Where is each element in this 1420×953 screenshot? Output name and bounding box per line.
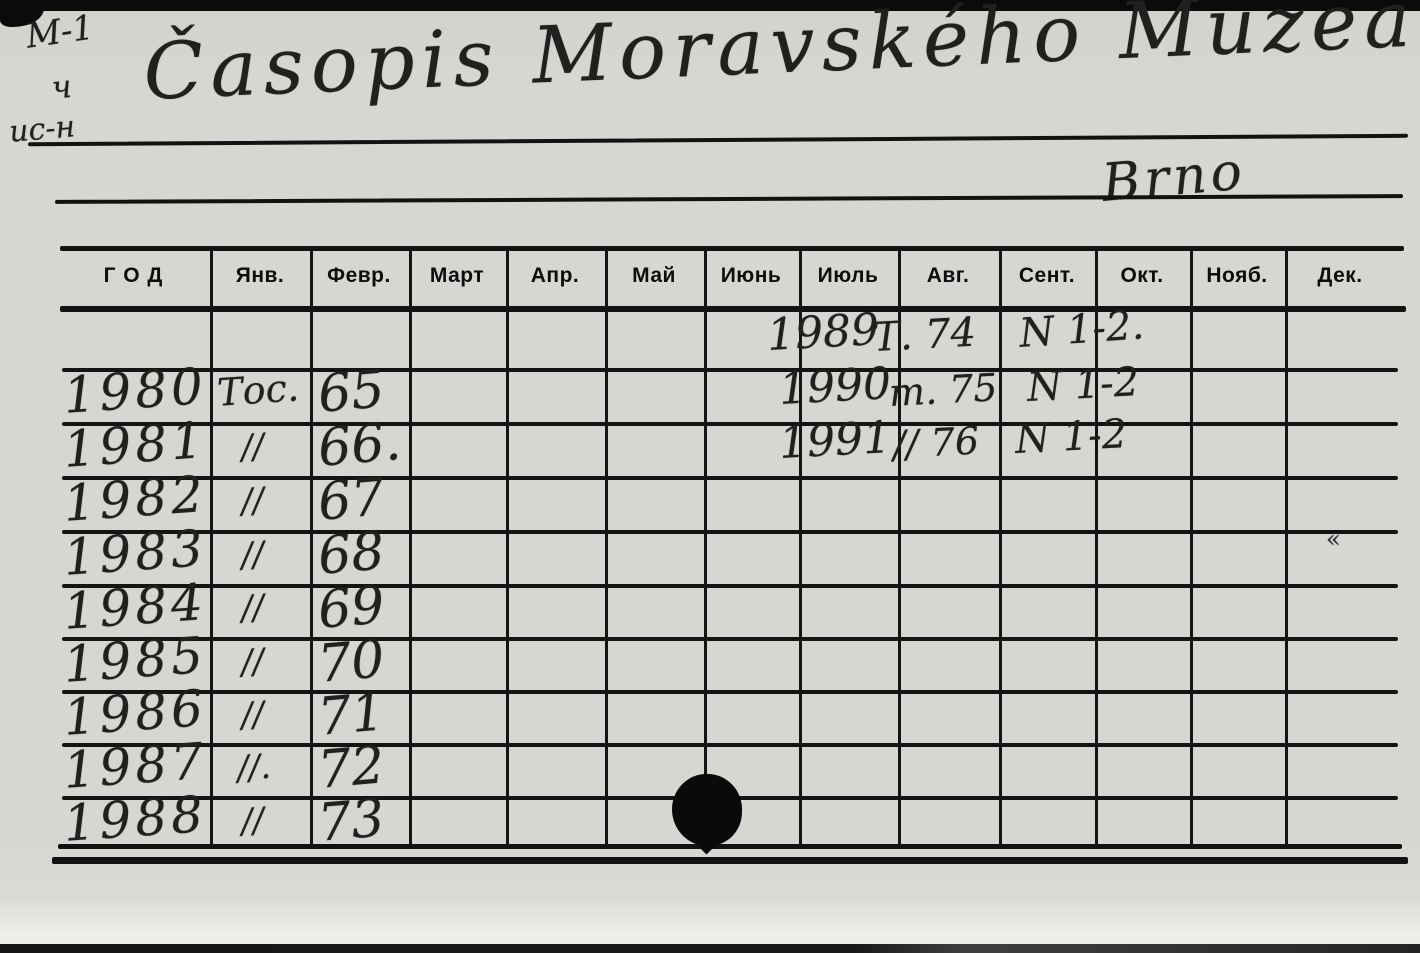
grid-vline — [1285, 248, 1288, 846]
note-year-1989: 1989 — [766, 308, 880, 358]
col-header-aug: Авг. — [927, 264, 970, 288]
note-issue: N 1-2. — [1018, 305, 1145, 354]
note-volume-75: т. 75 — [888, 368, 998, 412]
cell-jan-ditto: // — [240, 537, 265, 573]
cell-jan-ditto: // — [240, 697, 265, 733]
col-header-jul: Июль — [818, 264, 879, 288]
grid-vline — [704, 248, 707, 846]
note-issue: N 1-2 — [1014, 414, 1128, 460]
col-header-sep: Сент. — [1019, 264, 1075, 288]
col-header-feb: Февр. — [327, 264, 391, 288]
note-year-1991: 1991 — [778, 416, 892, 466]
note-year-1990: 1990 — [778, 362, 892, 412]
cell-jan-ditto: // — [240, 429, 265, 465]
note-issue: N 1-2 — [1026, 362, 1140, 408]
scan-light-band — [0, 898, 1420, 944]
cell-jan-ditto: // — [240, 483, 265, 519]
cell-jan-ditto: // — [240, 590, 265, 626]
cell-feb: 65 — [316, 363, 386, 421]
grid-vline — [210, 248, 213, 846]
journal-title: Časopis Moravského Muzea. — [142, 0, 1420, 112]
cell-jan-ditto: // — [240, 644, 265, 680]
grid-vline — [999, 248, 1002, 846]
cell-jan-ditto: //. — [236, 750, 272, 786]
col-header-apr: Апр. — [531, 264, 580, 288]
col-header-jun: Июнь — [721, 264, 782, 288]
col-header-dec: Дек. — [1317, 264, 1362, 288]
catalog-card: М-1 ч ис-н Časopis Moravského Muzea. Brn… — [0, 0, 1420, 953]
shelfmark-top: М-1 — [24, 11, 96, 54]
cell-feb: 67 — [316, 471, 386, 529]
cell-feb: 68 — [316, 525, 386, 583]
grid-vline — [605, 248, 608, 846]
col-header-oct: Окт. — [1120, 264, 1163, 288]
cell-feb: 66. — [316, 416, 403, 475]
note-volume-74: Т. 74 — [872, 313, 977, 358]
cell-feb: 73 — [316, 792, 386, 850]
col-header-may: Май — [632, 264, 676, 288]
cell-jan: Тос. — [216, 368, 300, 412]
table-bottom-border-lower — [52, 857, 1408, 864]
cell-feb: 69 — [316, 579, 386, 637]
grid-vline — [506, 248, 509, 846]
col-header-jan: Янв. — [236, 264, 285, 288]
table-bottom-border-upper — [58, 844, 1402, 849]
grid-vline — [310, 248, 313, 846]
table-top-border — [60, 246, 1404, 251]
cell-year: 1988 — [62, 789, 208, 849]
cell-jan-ditto: // — [240, 803, 265, 839]
note-volume-76: // 76 — [892, 421, 980, 463]
punch-hole — [672, 774, 742, 846]
scan-bottom-edge — [0, 944, 1420, 953]
dec-column-mark: « — [1326, 527, 1341, 551]
col-header-year: ГОД — [104, 264, 171, 288]
shelfmark-middle: ч — [50, 70, 73, 104]
grid-vline — [1190, 248, 1193, 846]
publication-place: Brno — [1100, 145, 1248, 209]
col-header-mar: Март — [430, 264, 484, 288]
grid-vline — [409, 248, 412, 846]
col-header-nov: Нояб. — [1206, 264, 1267, 288]
header-bottom-border — [60, 306, 1406, 312]
